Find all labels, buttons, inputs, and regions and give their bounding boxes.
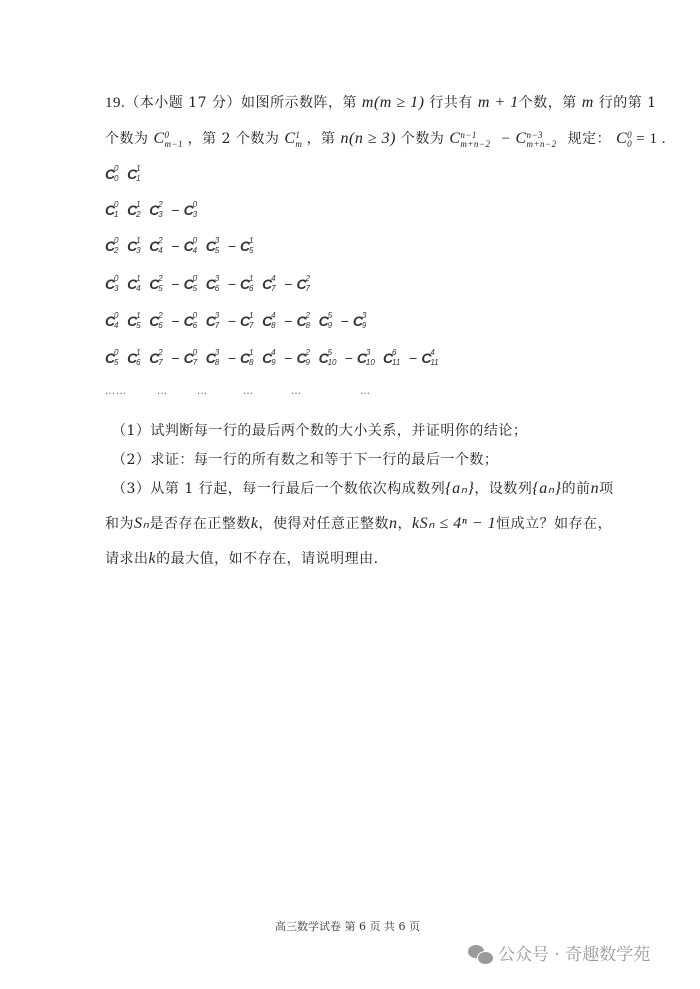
combination-term: C28 (296, 313, 314, 329)
text: 个数为 (105, 131, 149, 147)
text: 请求出 (105, 551, 149, 567)
combination-term: C38 (206, 350, 224, 366)
minus-sign: − (228, 238, 236, 254)
text: 恒成立？如存在， (496, 516, 612, 532)
combination-term: C29 (296, 350, 314, 366)
array-row: C05C16C27−C07C38−C18C49−C29C510−C310C611… (105, 350, 447, 366)
ellipsis: … (291, 386, 302, 397)
page-footer: 高三数学试卷 第 6 页 共 6 页 (275, 918, 420, 934)
question-3-line-2: 和为Sₙ是否存在正整数k，使得对任意正整数n，kSₙ ≤ 4ⁿ − 1恒成立？如… (105, 513, 612, 533)
question-3-line-3: 请求出k的最大值，如不存在，请说明理由. (105, 548, 379, 568)
text: 是否存在正整数 (149, 516, 251, 532)
ellipsis: … (360, 386, 371, 397)
math-n-condition: n(n ≥ 3) (341, 130, 396, 147)
combination-term: C611 (383, 350, 405, 366)
combination-term: C18 (240, 350, 258, 366)
combination-term: C27 (149, 350, 167, 366)
wechat-icon (468, 945, 494, 965)
text: 规定： (568, 131, 612, 147)
combination-term: C411 (421, 350, 443, 366)
minus-sign: − (171, 276, 179, 292)
combination-term: C36 (206, 276, 224, 292)
combination-term: C24 (149, 238, 167, 254)
combination-term: C06 (184, 313, 202, 329)
minus-sign: − (228, 313, 236, 329)
math-sequence: {aₙ} (532, 480, 561, 497)
combination-term: C26 (149, 313, 167, 329)
math-rule: C00 (616, 130, 635, 148)
minus: − (502, 131, 511, 147)
ellipsis: …… (105, 386, 127, 397)
text: 的最大值，如不存在，请说明理由. (156, 551, 378, 567)
combination-term: C01 (105, 202, 123, 218)
combination-term: C39 (353, 313, 371, 329)
problem-score: （本小题 17 分） (125, 95, 241, 111)
text: ，使得对任意正整数 (258, 516, 389, 532)
minus-sign: − (284, 276, 292, 292)
combination-term: C59 (319, 313, 337, 329)
combination-term: C11 (127, 166, 145, 182)
text: 项 (599, 481, 614, 497)
problem-number: 19. (105, 95, 125, 111)
array-row: C01C12C23−C03 (105, 202, 206, 218)
minus-sign: − (171, 350, 179, 366)
math-m: m (582, 94, 594, 111)
text: （3）从第 1 行起，每一行最后一个数依次构成数列 (112, 481, 445, 497)
ellipsis: … (197, 386, 208, 397)
text: ，设数列 (474, 481, 532, 497)
watermark: 公众号 · 奇趣数学苑 (468, 940, 650, 965)
math-nth-term-b: Cn−3m+n−2 (515, 130, 566, 148)
problem-statement-line-2: 个数为 C0m−1，第 2 个数为 C1m，第 n(n ≥ 3) 个数为 Cn−… (105, 128, 666, 148)
combination-term: C15 (127, 313, 145, 329)
minus-sign: − (284, 313, 292, 329)
question-2: （2）求证：每一行的所有数之和等于下一行的最后一个数； (112, 449, 498, 469)
minus-sign: − (284, 350, 292, 366)
combination-term: C03 (105, 276, 123, 292)
combination-term: C04 (184, 238, 202, 254)
combination-term: C13 (127, 238, 145, 254)
math-nth-term-a: Cn−1m+n−2 (449, 130, 500, 148)
combination-term: C03 (184, 202, 202, 218)
combination-term: C25 (149, 276, 167, 292)
array-row: C04C15C26−C06C37−C17C48−C28C59−C39 (105, 313, 375, 329)
question-3-line-1: （3）从第 1 行起，每一行最后一个数依次构成数列{aₙ}，设数列{aₙ}的前n… (112, 478, 614, 498)
combination-term: C00 (105, 166, 123, 182)
math-m-condition: m(m ≥ 1) (362, 94, 425, 111)
ellipsis: … (243, 386, 254, 397)
combination-term: C16 (240, 276, 258, 292)
math-rule-eq: = 1 . (636, 131, 666, 147)
text: 个数，第 (519, 95, 577, 111)
text: 的前 (562, 481, 591, 497)
question-1: （1）试判断每一行的最后两个数的大小关系，并证明你的结论； (112, 420, 527, 440)
math-first-term: C0m−1 (153, 130, 186, 148)
math-m-plus-1: m + 1 (478, 94, 519, 111)
combination-term: C05 (184, 276, 202, 292)
minus-sign: − (345, 350, 353, 366)
text: ，第 2 个数为 (188, 131, 280, 147)
minus-sign: − (228, 276, 236, 292)
watermark-text: 公众号 · 奇趣数学苑 (498, 945, 650, 965)
math-sn: Sₙ (134, 515, 149, 532)
combination-term: C05 (105, 350, 123, 366)
combination-term: C16 (127, 350, 145, 366)
text: ， (397, 516, 412, 532)
combination-term: C310 (357, 350, 379, 366)
combination-term: C23 (149, 202, 167, 218)
minus-sign: − (341, 313, 349, 329)
combination-term: C04 (105, 313, 123, 329)
array-row: C00C11 (105, 166, 149, 182)
text: ，第 (307, 131, 336, 147)
text: 个数为 (401, 131, 445, 147)
math-sequence: {aₙ} (445, 480, 474, 497)
problem-statement-line-1: 19.（本小题 17 分）如图所示数阵，第 m(m ≥ 1) 行共有 m + 1… (105, 92, 657, 112)
combination-term: C35 (206, 238, 224, 254)
minus-sign: − (171, 202, 179, 218)
combination-term: C510 (319, 350, 341, 366)
combination-term: C49 (262, 350, 280, 366)
text: 行共有 (429, 95, 473, 111)
combination-term: C07 (184, 350, 202, 366)
text: 如图所示数阵，第 (241, 95, 357, 111)
text: 行的第 1 (599, 95, 657, 111)
combination-term: C48 (262, 313, 280, 329)
combination-term: C15 (240, 238, 258, 254)
combination-term: C27 (296, 276, 314, 292)
math-second-term: C1m (284, 130, 305, 148)
combination-term: C37 (206, 313, 224, 329)
array-row: C02C13C24−C04C35−C15 (105, 238, 262, 254)
combination-term: C47 (262, 276, 280, 292)
minus-sign: − (228, 350, 236, 366)
combination-term: C12 (127, 202, 145, 218)
array-row: C03C14C25−C05C36−C16C47−C27 (105, 276, 319, 292)
ellipsis: … (157, 386, 168, 397)
math-inequality: kSₙ ≤ 4ⁿ − 1 (412, 515, 496, 532)
math-n: n (591, 480, 600, 497)
math-k: k (149, 550, 157, 567)
minus-sign: − (171, 238, 179, 254)
minus-sign: − (409, 350, 417, 366)
combination-term: C17 (240, 313, 258, 329)
minus-sign: − (171, 313, 179, 329)
text: 和为 (105, 516, 134, 532)
combination-term: C02 (105, 238, 123, 254)
combination-term: C14 (127, 276, 145, 292)
